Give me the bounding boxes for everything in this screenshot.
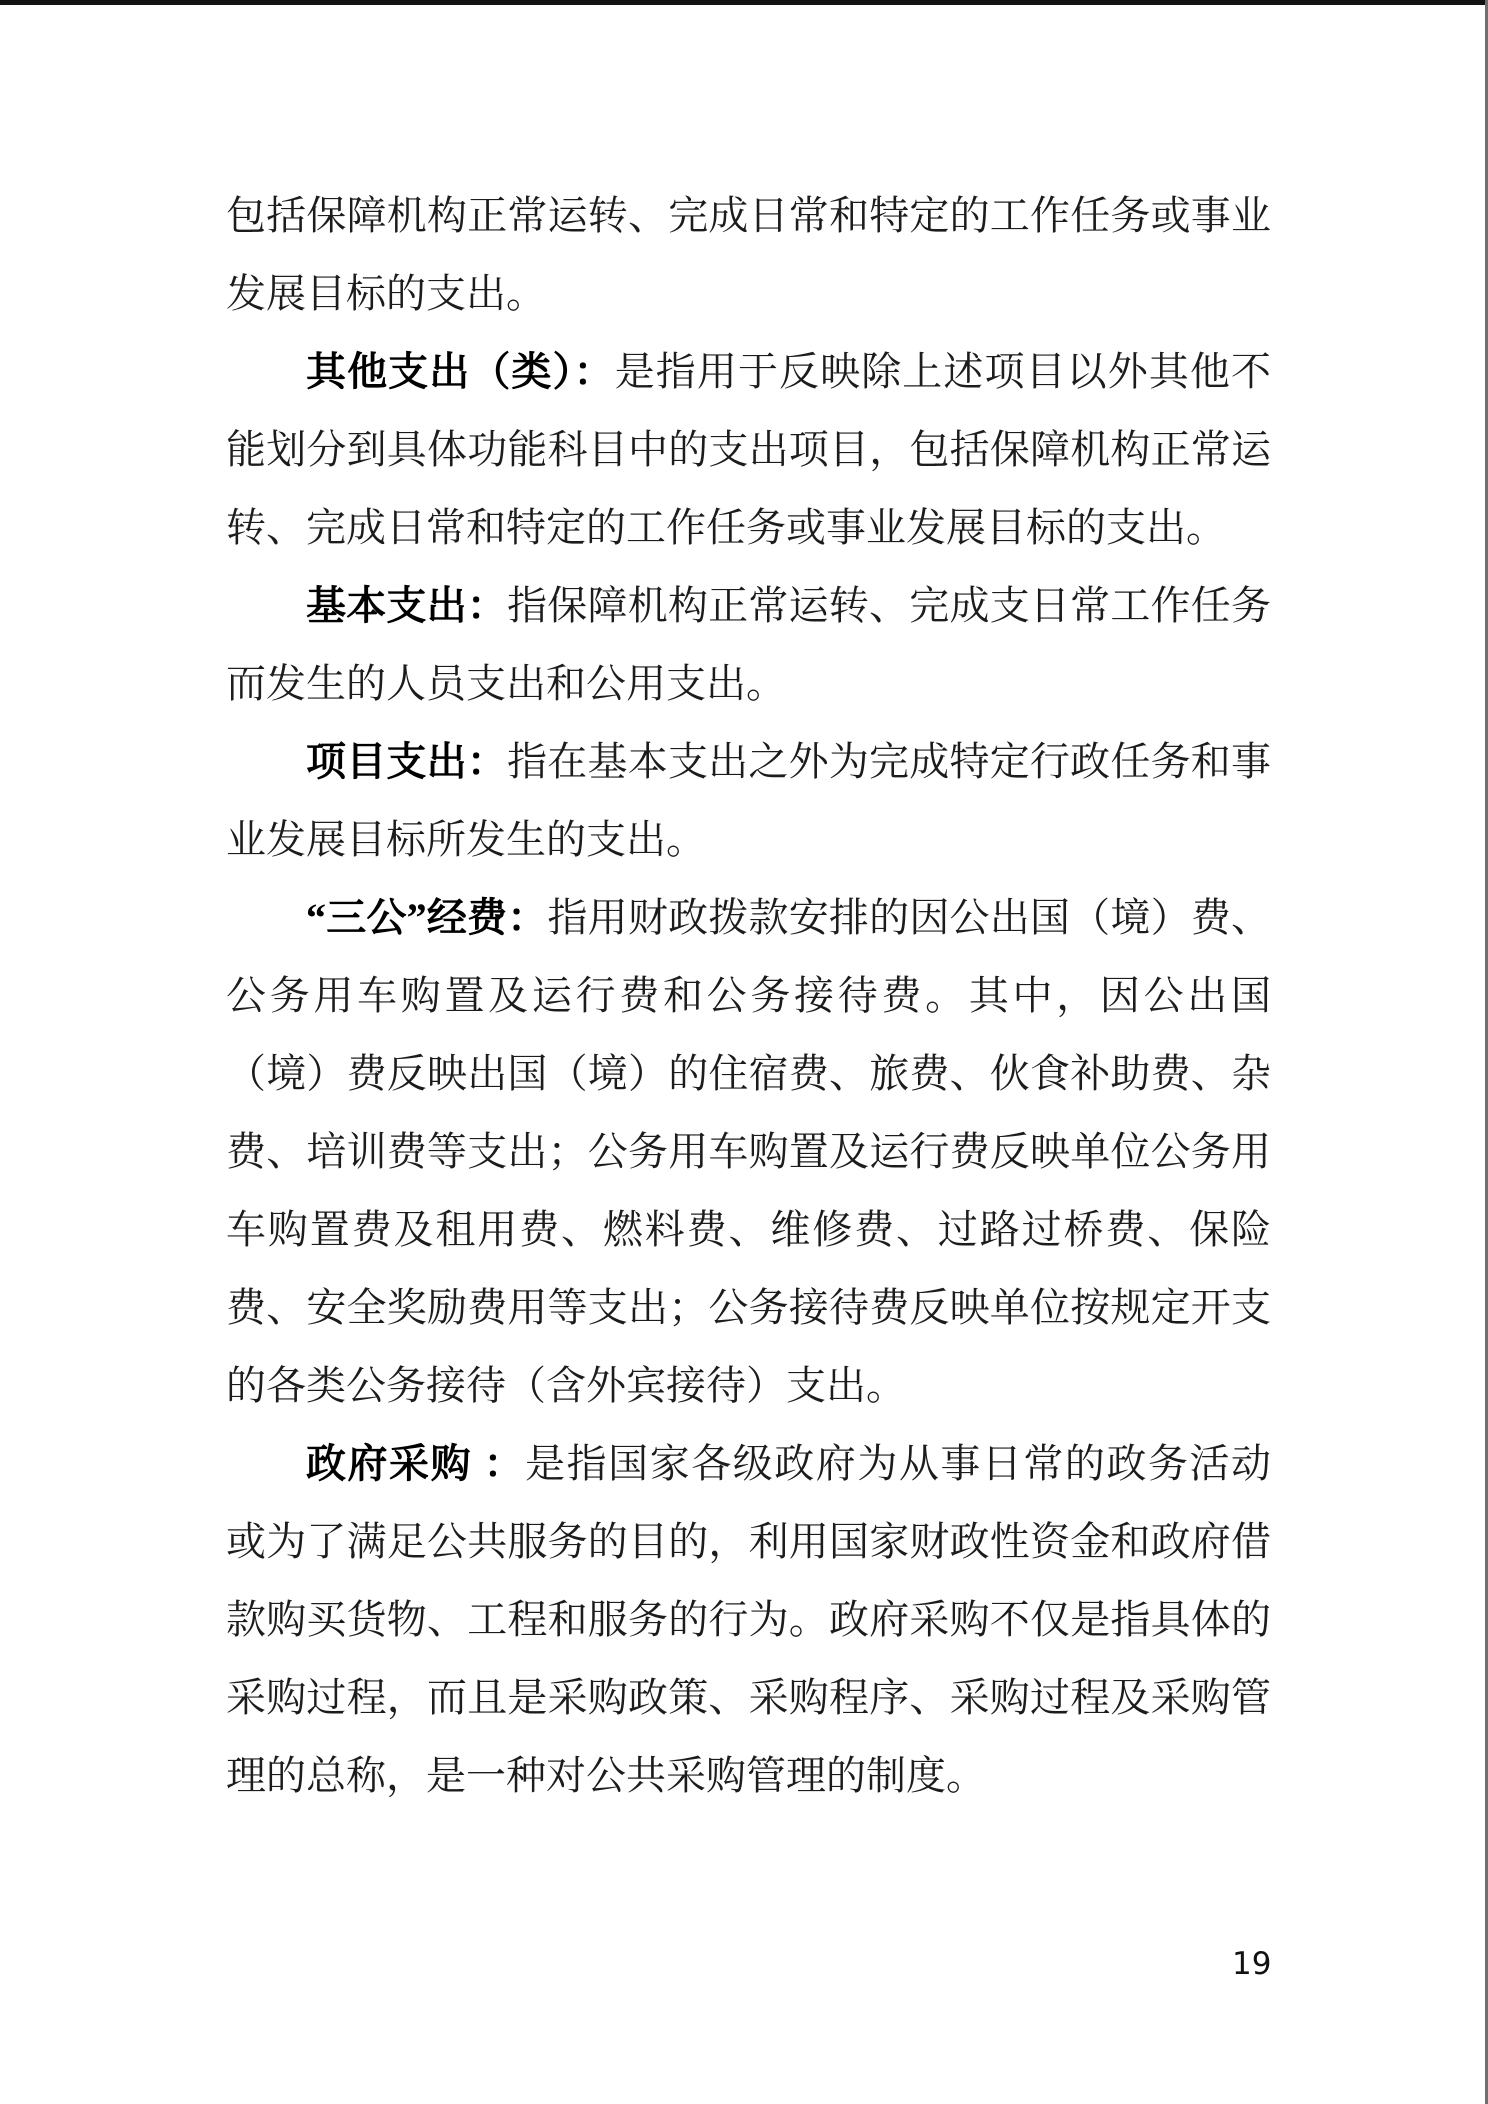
term-label: 项目支出： bbox=[306, 739, 507, 784]
document-page: 包括保障机构正常运转、完成日常和特定的工作任务或事业发展目标的支出。 其他支出（… bbox=[0, 0, 1488, 2104]
paragraph-basic-expenditure: 基本支出：指保障机构正常运转、完成支日常工作任务而发生的人员支出和公用支出。 bbox=[226, 567, 1271, 723]
page-top-border bbox=[0, 0, 1488, 5]
paragraph-continuation: 包括保障机构正常运转、完成日常和特定的工作任务或事业发展目标的支出。 bbox=[226, 177, 1271, 333]
paragraph-government-procurement: 政府采购 ：是指国家各级政府为从事日常的政务活动或为了满足公共服务的目的，利用国… bbox=[226, 1425, 1271, 1815]
paragraph-text: 包括保障机构正常运转、完成日常和特定的工作任务或事业发展目标的支出。 bbox=[226, 193, 1271, 316]
page-number: 19 bbox=[1232, 1946, 1271, 1982]
term-label: 其他支出（类）： bbox=[306, 349, 615, 394]
term-label: “三公”经费： bbox=[306, 895, 547, 940]
term-label: 基本支出： bbox=[306, 583, 507, 628]
document-body: 包括保障机构正常运转、完成日常和特定的工作任务或事业发展目标的支出。 其他支出（… bbox=[226, 177, 1271, 1815]
term-definition: 是指国家各级政府为从事日常的政务活动或为了满足公共服务的目的，利用国家财政性资金… bbox=[226, 1441, 1271, 1798]
term-label: 政府采购 ： bbox=[306, 1441, 525, 1486]
paragraph-other-expenditure: 其他支出（类）：是指用于反映除上述项目以外其他不能划分到具体功能科目中的支出项目… bbox=[226, 333, 1271, 567]
term-definition: 指用财政拨款安排的因公出国（境）费、公务用车购置及运行费和公务接待费。其中，因公… bbox=[226, 895, 1271, 1408]
paragraph-project-expenditure: 项目支出：指在基本支出之外为完成特定行政任务和事业发展目标所发生的支出。 bbox=[226, 723, 1271, 879]
paragraph-three-public-funds: “三公”经费：指用财政拨款安排的因公出国（境）费、公务用车购置及运行费和公务接待… bbox=[226, 879, 1271, 1425]
